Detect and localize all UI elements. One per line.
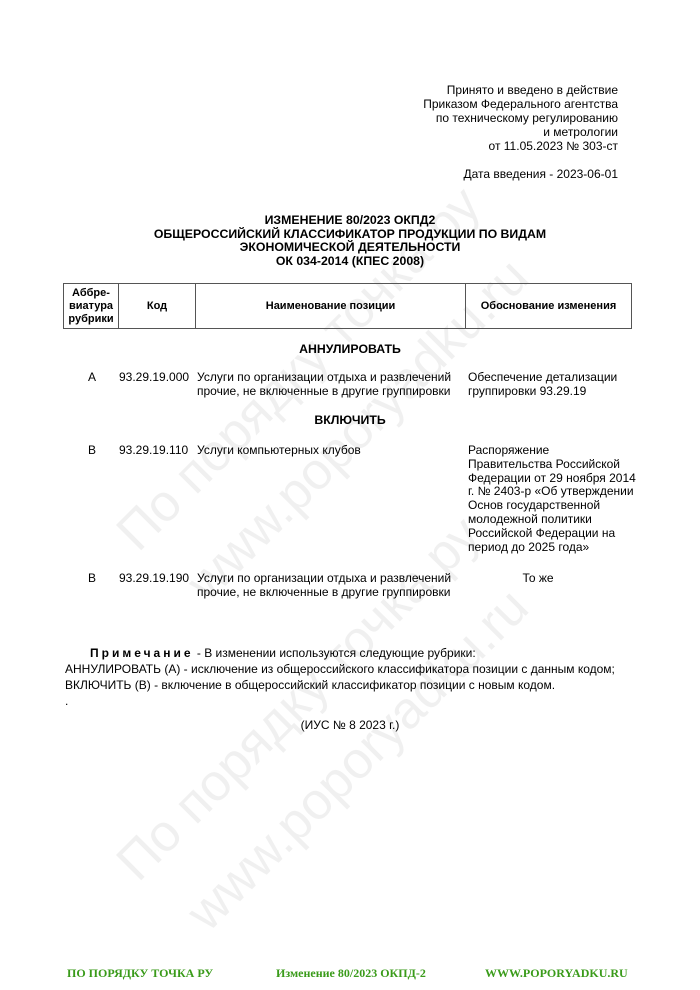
approval-line: Приказом Федерального агентства [423, 97, 618, 111]
column-header-code: Код [119, 284, 196, 329]
approval-line: и метрологии [423, 125, 618, 139]
column-header-reason: Обоснование изменения [466, 284, 632, 329]
watermark-url: www.poporyadku.ru [175, 577, 540, 942]
note-label: Примечание [90, 646, 194, 660]
row-name: Услуги компьютерных клубов [197, 444, 457, 458]
column-header-abbr: Аббре- виатура рубрики [64, 284, 119, 329]
note-intro: - В изменении используются следующие руб… [194, 646, 476, 660]
row-reason: Распоряжение Правительства Российской Фе… [468, 444, 636, 554]
approval-line: от 11.05.2023 № 303-ст [423, 139, 618, 153]
note-line: . [65, 693, 650, 709]
footer-right: WWW.POPORYADKU.RU [485, 966, 628, 981]
row-abbr: А [88, 371, 96, 385]
row-reason: Обеспечение детализации группировки 93.2… [468, 371, 628, 399]
title-line: ИЗМЕНЕНИЕ 80/2023 ОКПД2 [0, 214, 700, 228]
row-code: 93.29.19.190 [119, 572, 189, 586]
row-abbr: В [88, 444, 96, 458]
row-abbr: В [88, 572, 96, 586]
table-header: Аббре- виатура рубрики Код Наименование … [63, 283, 632, 329]
row-reason: То же [468, 572, 608, 586]
section-title-include: ВКЛЮЧИТЬ [0, 413, 700, 427]
row-name: Услуги по организации отдыха и развлечен… [197, 371, 457, 399]
document-title: ИЗМЕНЕНИЕ 80/2023 ОКПД2 ОБЩЕРОССИЙСКИЙ К… [0, 214, 700, 268]
title-line: ОК 034-2014 (КПЕС 2008) [0, 255, 700, 269]
note-line: АННУЛИРОВАТЬ (А) - исключение из общерос… [65, 661, 650, 677]
row-name: Услуги по организации отдыха и развлечен… [197, 572, 457, 600]
effective-date: Дата введения - 2023-06-01 [423, 167, 618, 181]
column-header-name: Наименование позиции [196, 284, 466, 329]
approval-line: Принято и введено в действие [423, 83, 618, 97]
title-line: ЭКОНОМИЧЕСКОЙ ДЕЯТЕЛЬНОСТИ [0, 241, 700, 255]
footer-center: Изменение 80/2023 ОКПД-2 [276, 966, 426, 981]
footer-left: ПО ПОРЯДКУ ТОЧКА РУ [67, 966, 213, 981]
row-code: 93.29.19.110 [119, 444, 188, 458]
title-line: ОБЩЕРОССИЙСКИЙ КЛАССИФИКАТОР ПРОДУКЦИИ П… [0, 228, 700, 242]
note-line: ВКЛЮЧИТЬ (В) - включение в общероссийски… [65, 677, 650, 693]
note-block: Примечание - В изменении используются сл… [90, 645, 650, 709]
section-title-annul: АННУЛИРОВАТЬ [0, 342, 700, 356]
approval-line: по техническому регулированию [423, 111, 618, 125]
ius-reference: (ИУС № 8 2023 г.) [0, 718, 700, 732]
row-code: 93.29.19.000 [119, 371, 189, 385]
approval-block: Принято и введено в действие Приказом Фе… [423, 83, 618, 181]
